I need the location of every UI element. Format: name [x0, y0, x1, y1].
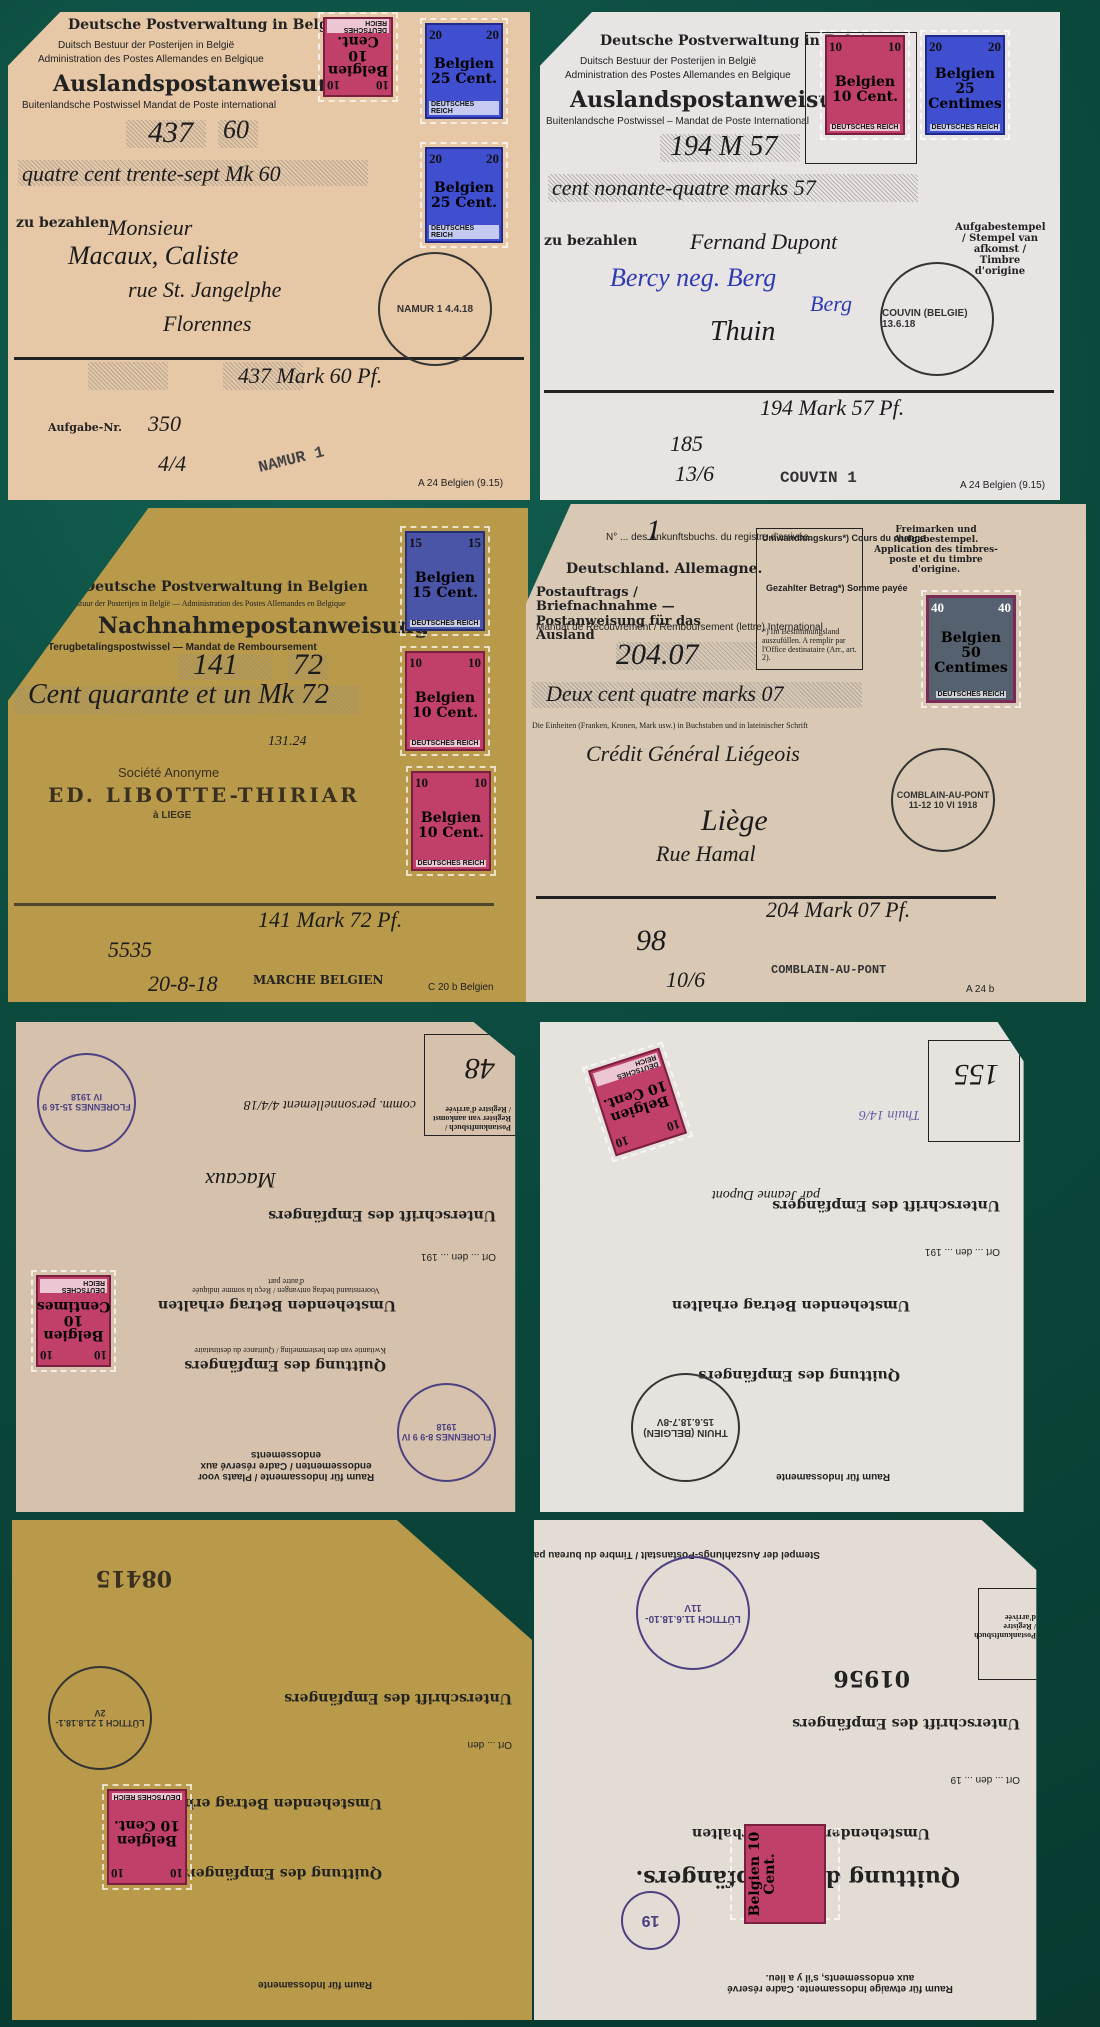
amount-pf: 72	[293, 648, 323, 681]
country: Deutschland. Allemagne.	[566, 562, 762, 577]
place-date: Ort ... den ... 191	[421, 1251, 496, 1262]
stamp-10: 1010Belgien 10 Cent.DEUTSCHES REICH	[102, 1784, 192, 1890]
payee-label: zu bezahlen	[544, 234, 637, 249]
amount-marks: 141	[193, 648, 238, 681]
payee-line2: Macaux, Caliste	[68, 242, 238, 271]
received: Umstehenden Betrag erhalten	[158, 1297, 396, 1312]
postmark-thuin: THUIN (BELGIEN) 15.6.18.7-8V	[631, 1373, 740, 1482]
header-de: Deutsche Postverwaltung in Belgien	[83, 580, 368, 595]
payee-line3: à LIEGE	[153, 810, 191, 821]
postmark-couvin: COUVIN (BELGIE) 13.6.18	[880, 262, 994, 376]
stamp-10-a: 1010Belgien 10 Cent.DEUTSCHES REICH	[400, 646, 490, 756]
good-for-amount: 141 Mark 72 Pf.	[258, 908, 402, 932]
issue-no: 350	[148, 412, 181, 436]
signature-label: Unterschrift des Empfängers	[268, 1207, 496, 1222]
payee-line1: Fernand Dupont	[690, 230, 837, 254]
circle-mark: 19	[621, 1891, 680, 1950]
payee-line1: Société Anonyme	[118, 766, 219, 780]
collection-order-card-comblain: N° ... des Ankunftsbuchs. du registre d'…	[526, 504, 1086, 1002]
stamp-10-inverted: 1010Belgien 10 Cent.DEUTSCHES REICH	[318, 12, 398, 102]
origin-label: Aufgabestempel / Stempel van afkomst / T…	[955, 222, 1045, 277]
amount-pf: 60	[223, 116, 249, 145]
amount-words: Cent quarante et un Mk 72	[28, 680, 329, 711]
stamp-10: 1010Belgien 10 CentimesDEUTSCHES REICH	[31, 1270, 116, 1372]
header-fr: Administration des Postes Allemandes en …	[38, 54, 264, 65]
stamp-20-a: 2020Belgien 25 Cent.DEUTSCHES REICH	[420, 18, 508, 124]
stamp-40: 4040Belgien 50 CentimesDEUTSCHES REICH	[921, 590, 1021, 708]
issue-date: 10/6	[666, 968, 705, 992]
register-box: 155	[928, 1040, 1020, 1142]
place-date: Ort ... den ... 19	[951, 1774, 1020, 1785]
amount-marks: 437	[148, 116, 193, 149]
good-for-amount: 204 Mark 07 Pf.	[766, 898, 910, 922]
issue-no: 185	[670, 432, 703, 456]
good-for-amount: 194 Mark 57 Pf.	[760, 396, 904, 420]
payee-line2: Bercy neg. Berg	[610, 264, 776, 293]
payee-label: zu bezahlen	[16, 216, 109, 231]
register-no: 155	[954, 1058, 999, 1091]
payee: Crédit Général Liégeois	[586, 742, 800, 766]
address: Berg	[810, 292, 852, 316]
endorse-label: Raum für Indossamente	[258, 1979, 372, 1990]
amount: 194 M 57	[670, 132, 777, 163]
receipt-back-florennes: Postankunftsbuch / Register van aankomst…	[16, 1022, 536, 1512]
payee-line1: Monsieur	[108, 216, 192, 240]
form-subtitle: Terugbetalingspostwissel — Mandat de Rem…	[48, 642, 317, 653]
register-no: 1	[646, 514, 661, 547]
receipt-sub: Kwitantie van den bestemmeling / Quittan…	[194, 1345, 386, 1354]
received: Umstehenden Betrag erhalten	[672, 1297, 910, 1312]
form-code: A 24 b	[966, 984, 994, 995]
amount-words: cent nonante-quatre marks 57	[552, 176, 816, 200]
form-title: Postauftrags / Briefnachnahme — Postanwe…	[536, 586, 746, 643]
header-nl: Duitsch Bestuur der Posterijen in België	[580, 56, 756, 67]
receipt-title: Quittung des Empfängers	[180, 1865, 382, 1880]
order-number: 08415	[95, 1566, 172, 1590]
signature-label: Unterschrift des Empfängers	[284, 1690, 512, 1705]
handwriting-note: comm. personnellement 4/4/18	[244, 1097, 416, 1112]
receipt-title: Quittung des Empfängers	[698, 1367, 900, 1382]
stamp-10: 1010Belgien 10 Cent.DEUTSCHES REICH	[820, 30, 910, 140]
recipient-signature: Macaux	[205, 1168, 276, 1192]
postmark-namur: NAMUR 1 4.4.18	[378, 252, 492, 366]
form-title: Nachnahmepostanweisung	[98, 614, 429, 638]
stamp-20: 2020Belgien 25 CentimesDEUTSCHES REICH	[920, 30, 1010, 140]
receipt-back-thuin: 155 Thuin 14/6 par Jeanne Dupont Untersc…	[540, 1022, 1060, 1512]
amount: 204.07	[616, 638, 699, 671]
good-for-amount: 437 Mark 60 Pf.	[238, 364, 382, 388]
issue-no: 5535	[108, 938, 152, 962]
stamp-15: 1515Belgien 15 Cent.DEUTSCHES REICH	[400, 526, 490, 636]
postmark-comblain: COMBLAIN-AU-PONT 11-12 10 VI 1918	[891, 748, 995, 852]
office-stamp: COUVIN 1	[780, 470, 857, 488]
form-code: A 24 Belgien (9.15)	[960, 480, 1045, 491]
postmark-florennes-a: FLORENNES 15-16 9 IV 1918	[37, 1053, 136, 1152]
issue-date: 20-8-18	[148, 972, 218, 996]
handwriting-note: Thuin 14/6	[859, 1107, 920, 1122]
units-note: Die Einheiten (Franken, Kronen, Mark usw…	[532, 722, 808, 731]
destination: Florennes	[163, 312, 251, 336]
destination: Liège	[701, 804, 768, 837]
signature-label: Unterschrift des Empfängers	[792, 1715, 1020, 1730]
receipt-title: Quittung des Empfängers	[184, 1357, 386, 1372]
office-stamp: MARCHE BELGIEN	[253, 974, 383, 987]
register-box: Postankunftsbuch / Registre d'arrivée	[978, 1588, 1040, 1680]
form-subtitle: Buitenlandsche Postwissel Mandat de Post…	[22, 100, 276, 111]
amount-words: Deux cent quatre marks 07	[546, 682, 783, 706]
payee-line2: ED. LIBOTTE-THIRIAR	[48, 784, 360, 806]
money-order-card-namur: Deutsche Postverwaltung in Belgien Duits…	[8, 12, 530, 500]
issue-date: 13/6	[675, 462, 714, 486]
form-title: Auslandspostanweisung	[53, 72, 349, 96]
stamp-10-b: 1010Belgien 10 Cent.DEUTSCHES REICH	[406, 766, 496, 876]
issue-date: 4/4	[158, 452, 186, 476]
order-number: 01956	[833, 1666, 910, 1690]
stamp-20-b: 2020Belgien 25 Cent.DEUTSCHES REICH	[420, 142, 508, 248]
stamp-10: 1010Belgien 10 Cent.DEUTSCHES REICH	[582, 1041, 694, 1162]
form-subtitle: Buitenlandsche Postwissel – Mandat de Po…	[546, 116, 809, 127]
endorse-label: Raum für etwaige Indossamente. Cadre rés…	[720, 1972, 960, 1994]
paid-label: Gezahlter Betrag*) Somme payée	[766, 584, 908, 594]
received-sub: Voorenstaand bedrag ontvangen / Reçu la …	[186, 1276, 386, 1294]
office-stamp: COMBLAIN-AU-PONT	[771, 964, 886, 977]
postmark-luttich: LÜTTICH 1 21.8.18.1-2V	[48, 1666, 152, 1770]
header-sub: Bestuur der Posterijen in België — Admin…	[68, 600, 346, 609]
note: 131.24	[268, 734, 307, 749]
endorse-label: Raum für Indossamente / Plaats voor endo…	[166, 1449, 406, 1482]
issue-no-label: Aufgabe-Nr.	[48, 422, 122, 434]
stamp-area-label: Freimarken und Aufgabestempel. Applicati…	[871, 526, 1001, 575]
postmark-florennes-b: FLORENNES 8-9 9 IV 1918	[397, 1383, 496, 1482]
issue-no: 98	[636, 924, 666, 957]
header-fr: Administration des Postes Allemandes en …	[565, 70, 791, 81]
destination: Thuin	[710, 317, 775, 348]
form-code: C 20 b Belgien	[428, 982, 494, 993]
address: Rue Hamal	[656, 842, 756, 866]
place-date: Ort ... den ... 191	[925, 1246, 1000, 1257]
register-no: 48	[465, 1052, 495, 1085]
amount-words: quatre cent trente-sept Mk 60	[22, 162, 281, 186]
signature-label: Unterschrift des Empfängers	[772, 1197, 1000, 1212]
register-box: Postankunftsbuch / Register van aankomst…	[424, 1034, 516, 1136]
receipt-back-luttich-2: Postankunftsbuch / Registre d'arrivée 01…	[534, 1520, 1080, 2020]
form-code: A 24 Belgien (9.15)	[418, 478, 503, 489]
endorse-label: Raum für Indossamente	[776, 1471, 890, 1482]
header-de: Deutsche Postverwaltung in Belgien	[68, 18, 353, 33]
header-nl: Duitsch Bestuur der Posterijen in België	[58, 40, 234, 51]
place-date: Ort ... den	[468, 1739, 512, 1750]
money-order-card-couvin: Deutsche Postverwaltung in Belgien Duits…	[540, 12, 1060, 500]
receipt-back-luttich: 08415 Unterschrift des Empfängers Ort ..…	[12, 1520, 532, 2020]
postmark-luttich: LÜTTICH 11.6.18.10-11V	[636, 1556, 750, 1670]
stamp-10: Belgien 10 Cent.	[730, 1828, 840, 1920]
dest-note: *) Im Bestimmungsland auszufüllen. A rem…	[762, 628, 857, 663]
address: rue St. Jangelphe	[128, 278, 281, 302]
office-stamp: NAMUR 1	[257, 444, 326, 477]
